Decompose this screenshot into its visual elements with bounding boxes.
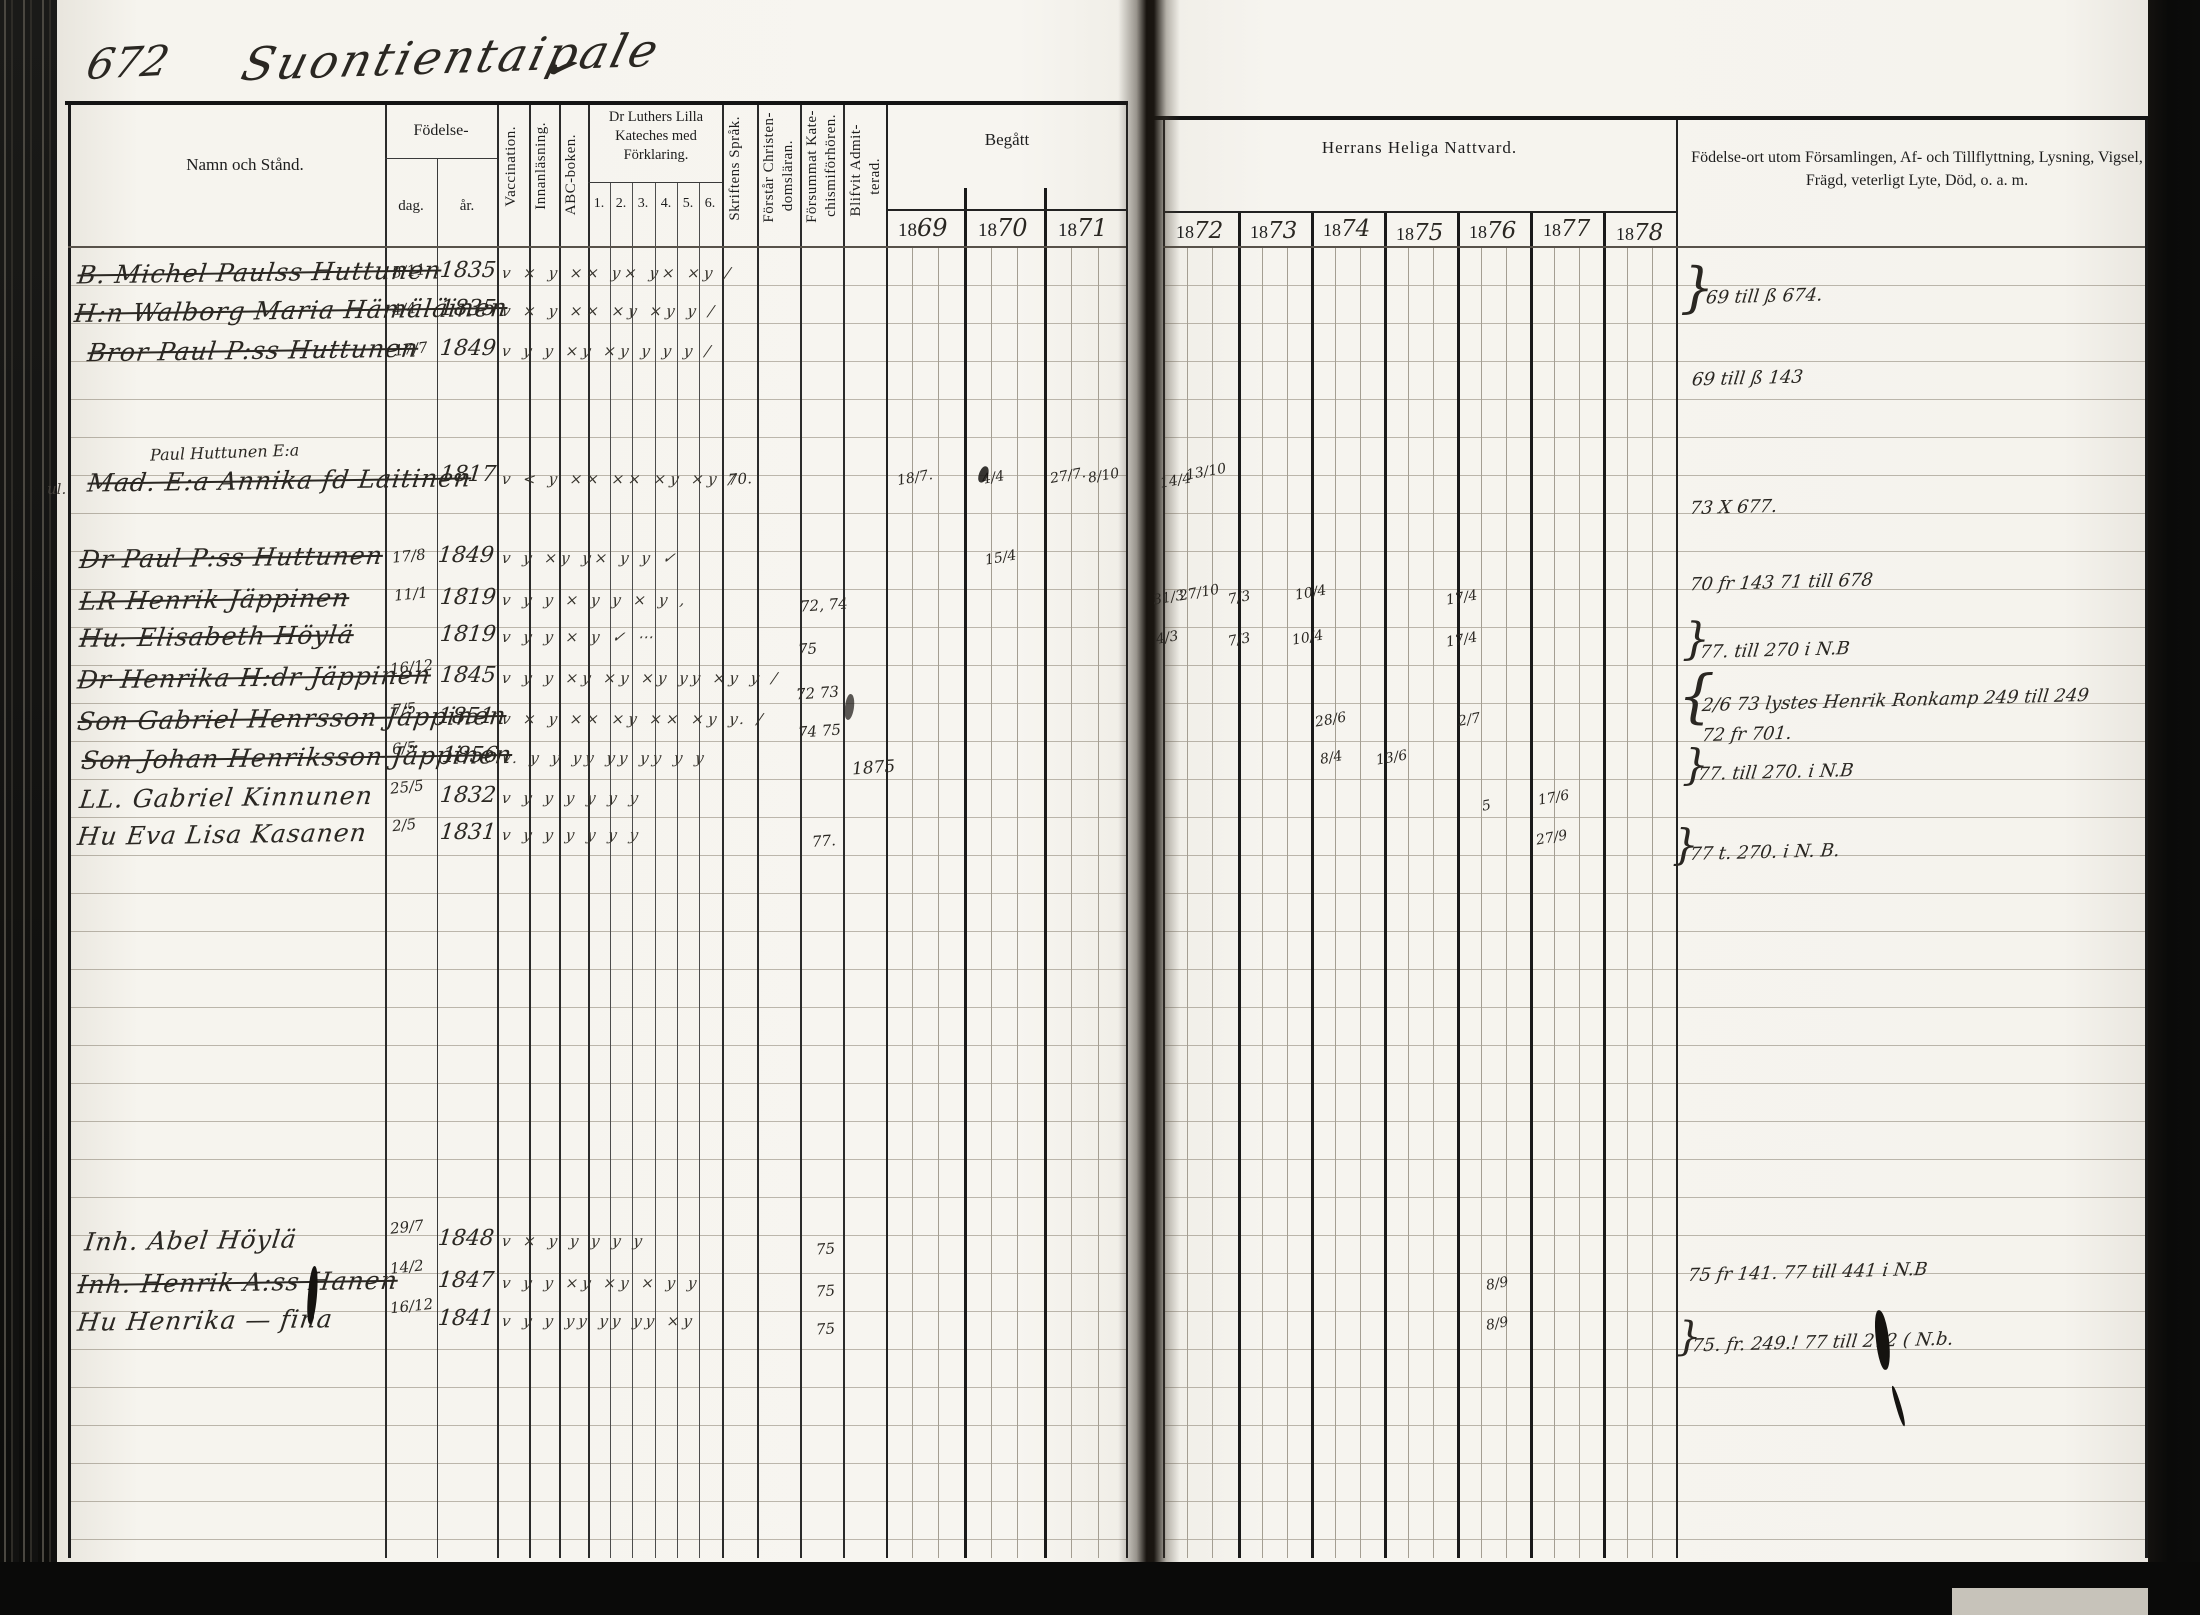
record-name: Mad. E:a Annika fd Laitinen — [86, 463, 473, 497]
grid-line — [1163, 211, 1676, 213]
record-birth-year: 1819 — [439, 585, 498, 610]
grid-line — [68, 103, 71, 1558]
record-birth-year: 1847 — [437, 1268, 496, 1293]
grid-line — [964, 188, 967, 1558]
header-dag: dag. — [386, 198, 436, 215]
record-birth-day: 17/7 — [393, 338, 428, 359]
record-check-marks: v y y y y y y — [500, 826, 643, 844]
year-printed-prefix: 18 — [1323, 220, 1341, 240]
year-label-1873: 1873 — [1250, 218, 1297, 244]
header-begatt: Begått — [886, 130, 1128, 150]
grid-line — [588, 182, 722, 183]
year-label-1874: 1874 — [1323, 216, 1370, 242]
grid-line — [722, 103, 724, 1558]
grid-line — [912, 247, 913, 1558]
year-script-digits: 76 — [1487, 218, 1516, 244]
record-birth-year: 1832 — [439, 783, 498, 808]
record-birth-year: 1841 — [437, 1306, 496, 1331]
scan-bottom-edge — [0, 1562, 2200, 1615]
header-kateches-col-6: 6. — [700, 196, 720, 212]
record-birth-day: 25/5 — [389, 776, 424, 797]
grid-line — [1360, 247, 1361, 1558]
grid-line — [1212, 247, 1213, 1558]
record-birth-year: 1835 — [439, 258, 498, 283]
record-name: Hu. Elisabeth Höylä — [78, 620, 356, 653]
record-name: LR Henrik Jäppinen — [78, 583, 351, 616]
record-check-marks: v. y y yy yy yy y y — [500, 749, 709, 767]
margin-note: 72 fr 701. — [1701, 723, 1793, 746]
header-forsummat-katechismiforhoren-line1: Försummat Kate- — [804, 110, 821, 223]
record-forsummat-value: 74 75 — [797, 721, 841, 742]
record-check-marks: v × y y y y y — [500, 1232, 647, 1250]
year-script-digits: 70 — [997, 214, 1028, 242]
year-script-digits: 75 — [1414, 220, 1443, 246]
book-binding-edge — [0, 0, 57, 1615]
header-namn-och-stand: Namn och Stånd. — [110, 155, 380, 175]
record-birth-year: 1817 — [439, 462, 498, 487]
grid-line — [1287, 247, 1288, 1558]
record-birth-day: 29/7 — [389, 1216, 424, 1237]
record-name: Dr Henrika H:dr Jäppinen — [76, 661, 433, 695]
record-birth-year: 1831 — [439, 820, 498, 845]
grid-line — [1017, 247, 1018, 1558]
record-check-marks: v × y ×× ×y ×y y / — [500, 302, 719, 320]
scan-right-edge — [2148, 0, 2200, 1615]
grid-line — [1652, 247, 1653, 1558]
record-check-marks: v y y y y y y — [500, 789, 643, 807]
grid-line — [677, 183, 678, 1558]
record-birth-day: 17/8 — [391, 545, 426, 566]
record-birth-day: 14/2 — [389, 1256, 424, 1277]
record-check-marks: v y y ×y ×y y y y / — [500, 342, 715, 360]
grid-line — [1579, 247, 1580, 1558]
record-check-marks: v y y × y ✓ ⋯ — [500, 628, 658, 646]
year-printed-prefix: 18 — [1543, 220, 1561, 240]
year-label-1878: 1878 — [1616, 220, 1663, 246]
record-name: Hu Henrika — fina — [76, 1304, 335, 1337]
record-skriftens-value: 70. — [727, 469, 752, 489]
grid-line — [1554, 247, 1555, 1558]
grid-line — [1311, 211, 1314, 1558]
header-forsummat-katechismiforhoren-line2: chismiförhören. — [823, 114, 840, 217]
record-forsummat-value: 75 — [797, 639, 817, 658]
grid-line — [800, 103, 802, 1558]
header-blifvit-admitterad-line2: terad. — [867, 158, 884, 195]
year-label-1872: 1872 — [1176, 218, 1223, 244]
record-birth-year: 1856 — [441, 743, 500, 768]
grid-line — [1238, 211, 1241, 1558]
record-birth-year: 1849 — [437, 543, 496, 568]
record-check-marks: v × y ×× ×y ×× ×y y. / — [500, 710, 768, 728]
record-check-marks: v × y ×× y× y× ×y / — [500, 264, 735, 282]
grid-line — [991, 247, 992, 1558]
year-script-digits: 73 — [1268, 218, 1297, 244]
record-birth-year: 1845 — [439, 663, 498, 688]
record-name: Hu Eva Lisa Kasanen — [76, 818, 369, 851]
record-name: B. Michel Paulss Huttunen — [76, 255, 443, 289]
page-number: 672 — [83, 36, 174, 89]
grid-line — [610, 183, 611, 1558]
record-birth-year: 1835 — [439, 296, 498, 321]
year-label-1876: 1876 — [1469, 218, 1516, 244]
header-forstar-christendomslaran-line1: Förstår Christen- — [761, 112, 778, 223]
grid-line — [1530, 211, 1533, 1558]
margin-note: 77. till 270 i N.B — [1699, 638, 1851, 663]
year-printed-prefix: 18 — [1250, 222, 1268, 242]
grid-line — [65, 101, 1128, 105]
record-birth-year: 1848 — [437, 1226, 496, 1251]
grid-line — [1044, 188, 1047, 1558]
grid-line — [1187, 247, 1188, 1558]
year-label-1870: 1870 — [978, 214, 1028, 242]
grid-line — [1262, 247, 1263, 1558]
year-script-digits: 71 — [1077, 214, 1108, 242]
header-fodelseort-line1: Födelse-ort utom Församlingen, Af- och T… — [1686, 146, 2148, 169]
header-fodelseort-line2: Frägd, veterligt Lyte, Död, o. a. m. — [1686, 172, 2148, 190]
grid-line — [1457, 211, 1460, 1558]
year-printed-prefix: 18 — [1396, 224, 1414, 244]
record-birth-year: 1851 — [437, 704, 496, 729]
record-birth-day: 11/1 — [393, 583, 428, 604]
grid-line — [385, 158, 497, 159]
grid-line — [843, 103, 845, 1558]
record-name: Inh. Abel Höylä — [83, 1225, 299, 1257]
year-script-digits: 74 — [1341, 216, 1370, 242]
grid-line — [886, 103, 888, 1558]
record-name: Bror Paul P:ss Huttunen — [86, 334, 420, 368]
record-birth-day: 7/5 — [391, 699, 417, 719]
year-script-digits: 72 — [1194, 218, 1223, 244]
year-label-1877: 1877 — [1543, 216, 1590, 242]
record-name: Inh. Henrik A:ss Hanen — [76, 1266, 400, 1299]
record-birth-year: 1819 — [439, 622, 498, 647]
margin-note: 69 till ß 143 — [1691, 367, 1804, 391]
header-kateches-col-1: 1. — [589, 196, 609, 212]
record-birth-day: 4/4 — [391, 299, 417, 319]
header-blifvit-admitterad-line1: Blifvit Admit- — [848, 124, 865, 216]
year-printed-prefix: 18 — [1616, 224, 1634, 244]
year-label-1869: 1869 — [898, 214, 948, 242]
margin-note: 73 X 677. — [1689, 496, 1779, 519]
year-label-1871: 1871 — [1058, 214, 1108, 242]
grid-line — [68, 246, 1126, 248]
year-printed-prefix: 18 — [1176, 222, 1194, 242]
record-check-marks: v y y × y y × y , — [500, 591, 690, 609]
record-forsummat-value: 72, 74 — [799, 594, 848, 615]
record-check-marks: v < y ×× ×× ×y ×y / — [500, 470, 739, 488]
grid-line — [1163, 246, 2145, 248]
header-forstar-christendomslaran-line2: domsläran. — [780, 140, 797, 211]
grid-line — [886, 209, 1128, 211]
header-kateches-col-2: 2. — [611, 196, 631, 212]
header-kateches-col-5: 5. — [678, 196, 698, 212]
grid-line — [1506, 247, 1507, 1558]
record-forsummat-value: 72 73 — [795, 683, 839, 704]
grid-line — [1071, 247, 1072, 1558]
grid-line — [1481, 247, 1482, 1558]
header-kateches: Dr Luthers Lilla Kateches med Förklaring… — [590, 108, 722, 165]
header-vaccination: Vaccination. — [503, 126, 520, 207]
year-printed-prefix: 18 — [1058, 220, 1077, 241]
grid-line — [655, 183, 656, 1558]
grid-line — [938, 247, 939, 1558]
record-forsummat-value: 75 — [815, 1239, 835, 1258]
scan-bottom-corner-sliver — [1952, 1588, 2148, 1615]
record-name: LL. Gabriel Kinnunen — [78, 781, 375, 814]
year-script-digits: 78 — [1634, 220, 1663, 246]
grid-line — [1384, 211, 1387, 1558]
record-birth-day: 6/5 — [391, 738, 417, 758]
year-script-digits: 77 — [1561, 216, 1590, 242]
year-label-1875: 1875 — [1396, 220, 1443, 246]
header-herrans-heliga-nattvard: Herrans Heliga Nattvard. — [1163, 138, 1676, 158]
grid-line — [1335, 247, 1336, 1558]
margin-scribble: ul. — [47, 480, 66, 498]
margin-note: 77. till 270. i N.B — [1697, 760, 1855, 785]
record-forsummat-value: 77. — [811, 831, 836, 851]
record-forsummat-value: 75 — [815, 1319, 835, 1338]
record-name: Dr Paul P:ss Huttunen — [78, 541, 385, 574]
grid-line — [699, 183, 700, 1558]
grid-line — [1098, 247, 1099, 1558]
year-printed-prefix: 18 — [898, 220, 917, 241]
grid-line — [757, 103, 759, 1558]
grid-line — [632, 183, 633, 1558]
grid-line — [1408, 247, 1409, 1558]
grid-line — [1627, 247, 1628, 1558]
header-skriftens-sprak: Skriftens Språk. — [727, 116, 744, 221]
grid-line — [1150, 116, 2148, 120]
header-fodelse: Födelse- — [385, 122, 497, 140]
margin-note: 69 till ß 674. — [1705, 284, 1824, 308]
grid-line — [1433, 247, 1434, 1558]
year-printed-prefix: 18 — [1469, 222, 1487, 242]
header-ar: år. — [438, 198, 496, 215]
scanned-church-book-spread: 672 Suontientaipale ✔ Namn och Stånd. Fö… — [0, 0, 2200, 1615]
record-forsummat-value: 75 — [815, 1281, 835, 1300]
margin-note: 77 t. 270. i N. B. — [1689, 840, 1841, 865]
record-check-marks: v y y ×y ×y × y y — [500, 1274, 702, 1292]
record-check-marks: v y ×y y× y y ✓ — [500, 549, 680, 567]
record-birth-year: 1849 — [439, 336, 498, 361]
record-check-marks: v y y yy yy yy ×y — [500, 1312, 697, 1330]
header-kateches-col-4: 4. — [656, 196, 676, 212]
record-birth-day: 8/11 — [391, 260, 426, 281]
grid-line — [437, 158, 438, 1558]
page-gutter-shadow — [1118, 0, 1180, 1562]
header-abc-boken: ABC-boken. — [563, 134, 580, 215]
record-birth-day: 2/5 — [391, 815, 417, 835]
record-check-marks: v y y ×y ×y ×y yy ×y y / — [500, 669, 782, 687]
record-admitterad-year: 1875 — [851, 757, 896, 780]
year-printed-prefix: 18 — [978, 220, 997, 241]
header-kateches-col-3: 3. — [633, 196, 653, 212]
header-innanlasning: Innanläsning. — [533, 122, 550, 210]
year-script-digits: 69 — [917, 214, 948, 242]
grid-line — [1603, 211, 1606, 1558]
